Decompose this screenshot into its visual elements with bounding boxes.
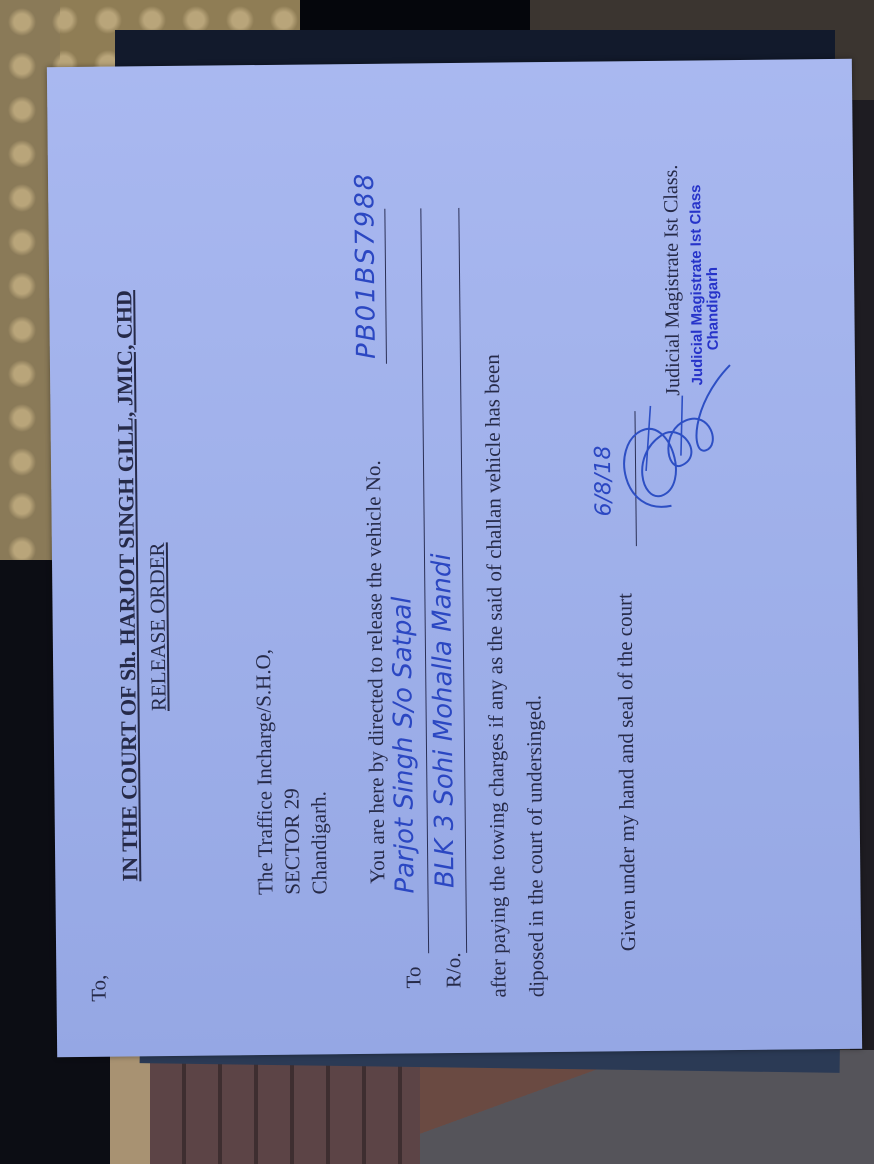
designation: Judicial Magistrate Ist Class. (660, 165, 685, 396)
ro-field-label: R/o. (441, 952, 466, 988)
background-floor-tiles (150, 1050, 420, 1164)
addressee-line-1: The Traffice Incharge/S.H.O, (251, 649, 279, 895)
to-label: To, (86, 974, 111, 1001)
given-under-text: Given under my hand and seal of the cour… (612, 593, 641, 951)
ro-field-handwritten: BLK 3 Sohi Mohalla Mandi (427, 553, 461, 888)
directive-text: You are here by directed to release the … (361, 460, 390, 884)
vehicle-no-line (384, 209, 387, 364)
court-heading: IN THE COURT OF Sh. HARJOT SINGH GILL, J… (111, 290, 143, 882)
condition-line-2: diposed in the court of undersinged. (521, 695, 549, 997)
condition-line-1: after paying the towing charges if any a… (480, 354, 512, 998)
document-body: To, IN THE COURT OF Sh. HARJOT SINGH GIL… (47, 59, 862, 1057)
release-order-paper: To, IN THE COURT OF Sh. HARJOT SINGH GIL… (47, 59, 862, 1057)
order-title: RELEASE ORDER (145, 542, 172, 711)
addressee-line-3: Chandigarh. (306, 791, 332, 894)
to-field-label: To (401, 966, 426, 988)
to-field-handwritten: Parjot Singh S/o Satpal (387, 596, 420, 893)
seal-stamp-line-2: Chandigarh (705, 267, 721, 350)
vehicle-no-handwritten: PB01BS7988 (350, 172, 382, 359)
seal-stamp-line-1: Judicial Magistrate Ist Class (688, 184, 705, 385)
addressee-line-2: SECTOR 29 (279, 788, 305, 895)
